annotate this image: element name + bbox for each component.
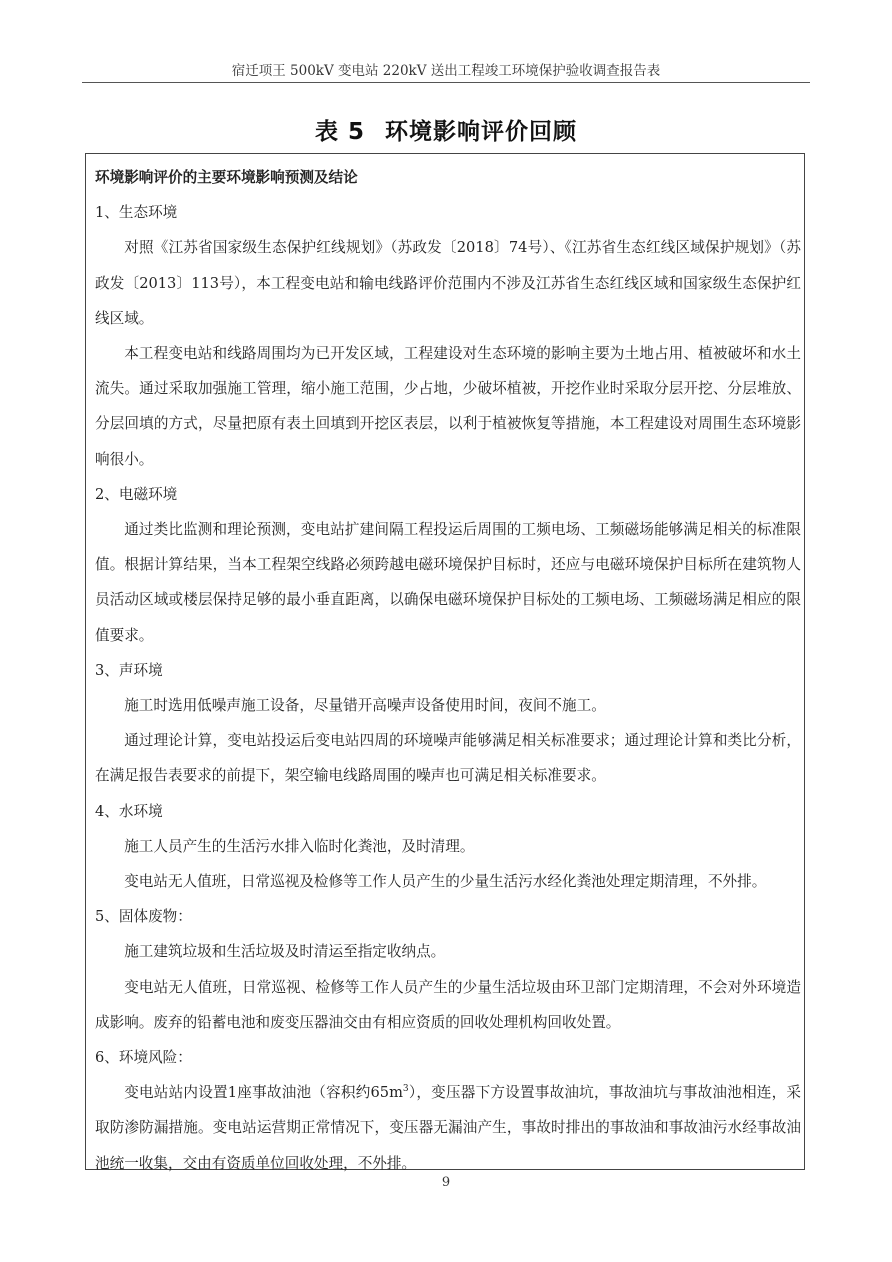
section-title-acoustic: 3、声环境 [95,653,801,688]
table-name: 环境影响评价回顾 [385,119,577,145]
text-run: 变电站站内设置1座事故油池（容积约65m [124,1084,403,1101]
paragraph: 变电站无人值班，日常巡视及检修等工作人员产生的少量生活污水经化粪池处理定期清理，… [95,864,801,899]
paragraph: 通过类比监测和理论预测，变电站扩建间隔工程投运后周围的工频电场、工频磁场能够满足… [95,512,801,653]
paragraph: 变电站无人值班，日常巡视、检修等工作人员产生的少量生活垃圾由环卫部门定期清理，不… [95,970,801,1040]
running-header: 宿迁项王 500kV 变电站 220kV 送出工程竣工环境保护验收调查报告表 [82,62,810,80]
section-title-solid-waste: 5、固体废物： [95,899,801,934]
paragraph: 对照《江苏省国家级生态保护红线规划》（苏政发〔2018〕74号）、《江苏省生态红… [95,230,801,336]
table-number: 表 5 [315,119,365,145]
section-title-electromagnetic: 2、电磁环境 [95,477,801,512]
section-title-ecology: 1、生态环境 [95,195,801,230]
header-rule [82,82,810,83]
paragraph: 变电站站内设置1座事故油池（容积约65m3），变压器下方设置事故油坑，事故油坑与… [95,1075,801,1181]
paragraph: 施工建筑垃圾和生活垃圾及时清运至指定收纳点。 [95,934,801,969]
paragraph: 施工人员产生的生活污水排入临时化粪池，及时清理。 [95,829,801,864]
paragraph: 施工时选用低噪声施工设备，尽量错开高噪声设备使用时间，夜间不施工。 [95,688,801,723]
section-title-water: 4、水环境 [95,794,801,829]
paragraph: 通过理论计算，变电站投运后变电站四周的环境噪声能够满足相关标准要求；通过理论计算… [95,723,801,793]
page-number: 9 [85,1175,807,1190]
review-table-content: 环境影响评价的主要环境影响预测及结论 1、生态环境 对照《江苏省国家级生态保护红… [95,160,801,1181]
page-title: 表 5环境影响评价回顾 [85,113,807,146]
section-title-environmental-risk: 6、环境风险： [95,1040,801,1075]
table-heading: 环境影响评价的主要环境影响预测及结论 [95,160,801,195]
paragraph: 本工程变电站和线路周围均为已开发区域，工程建设对生态环境的影响主要为土地占用、植… [95,336,801,477]
